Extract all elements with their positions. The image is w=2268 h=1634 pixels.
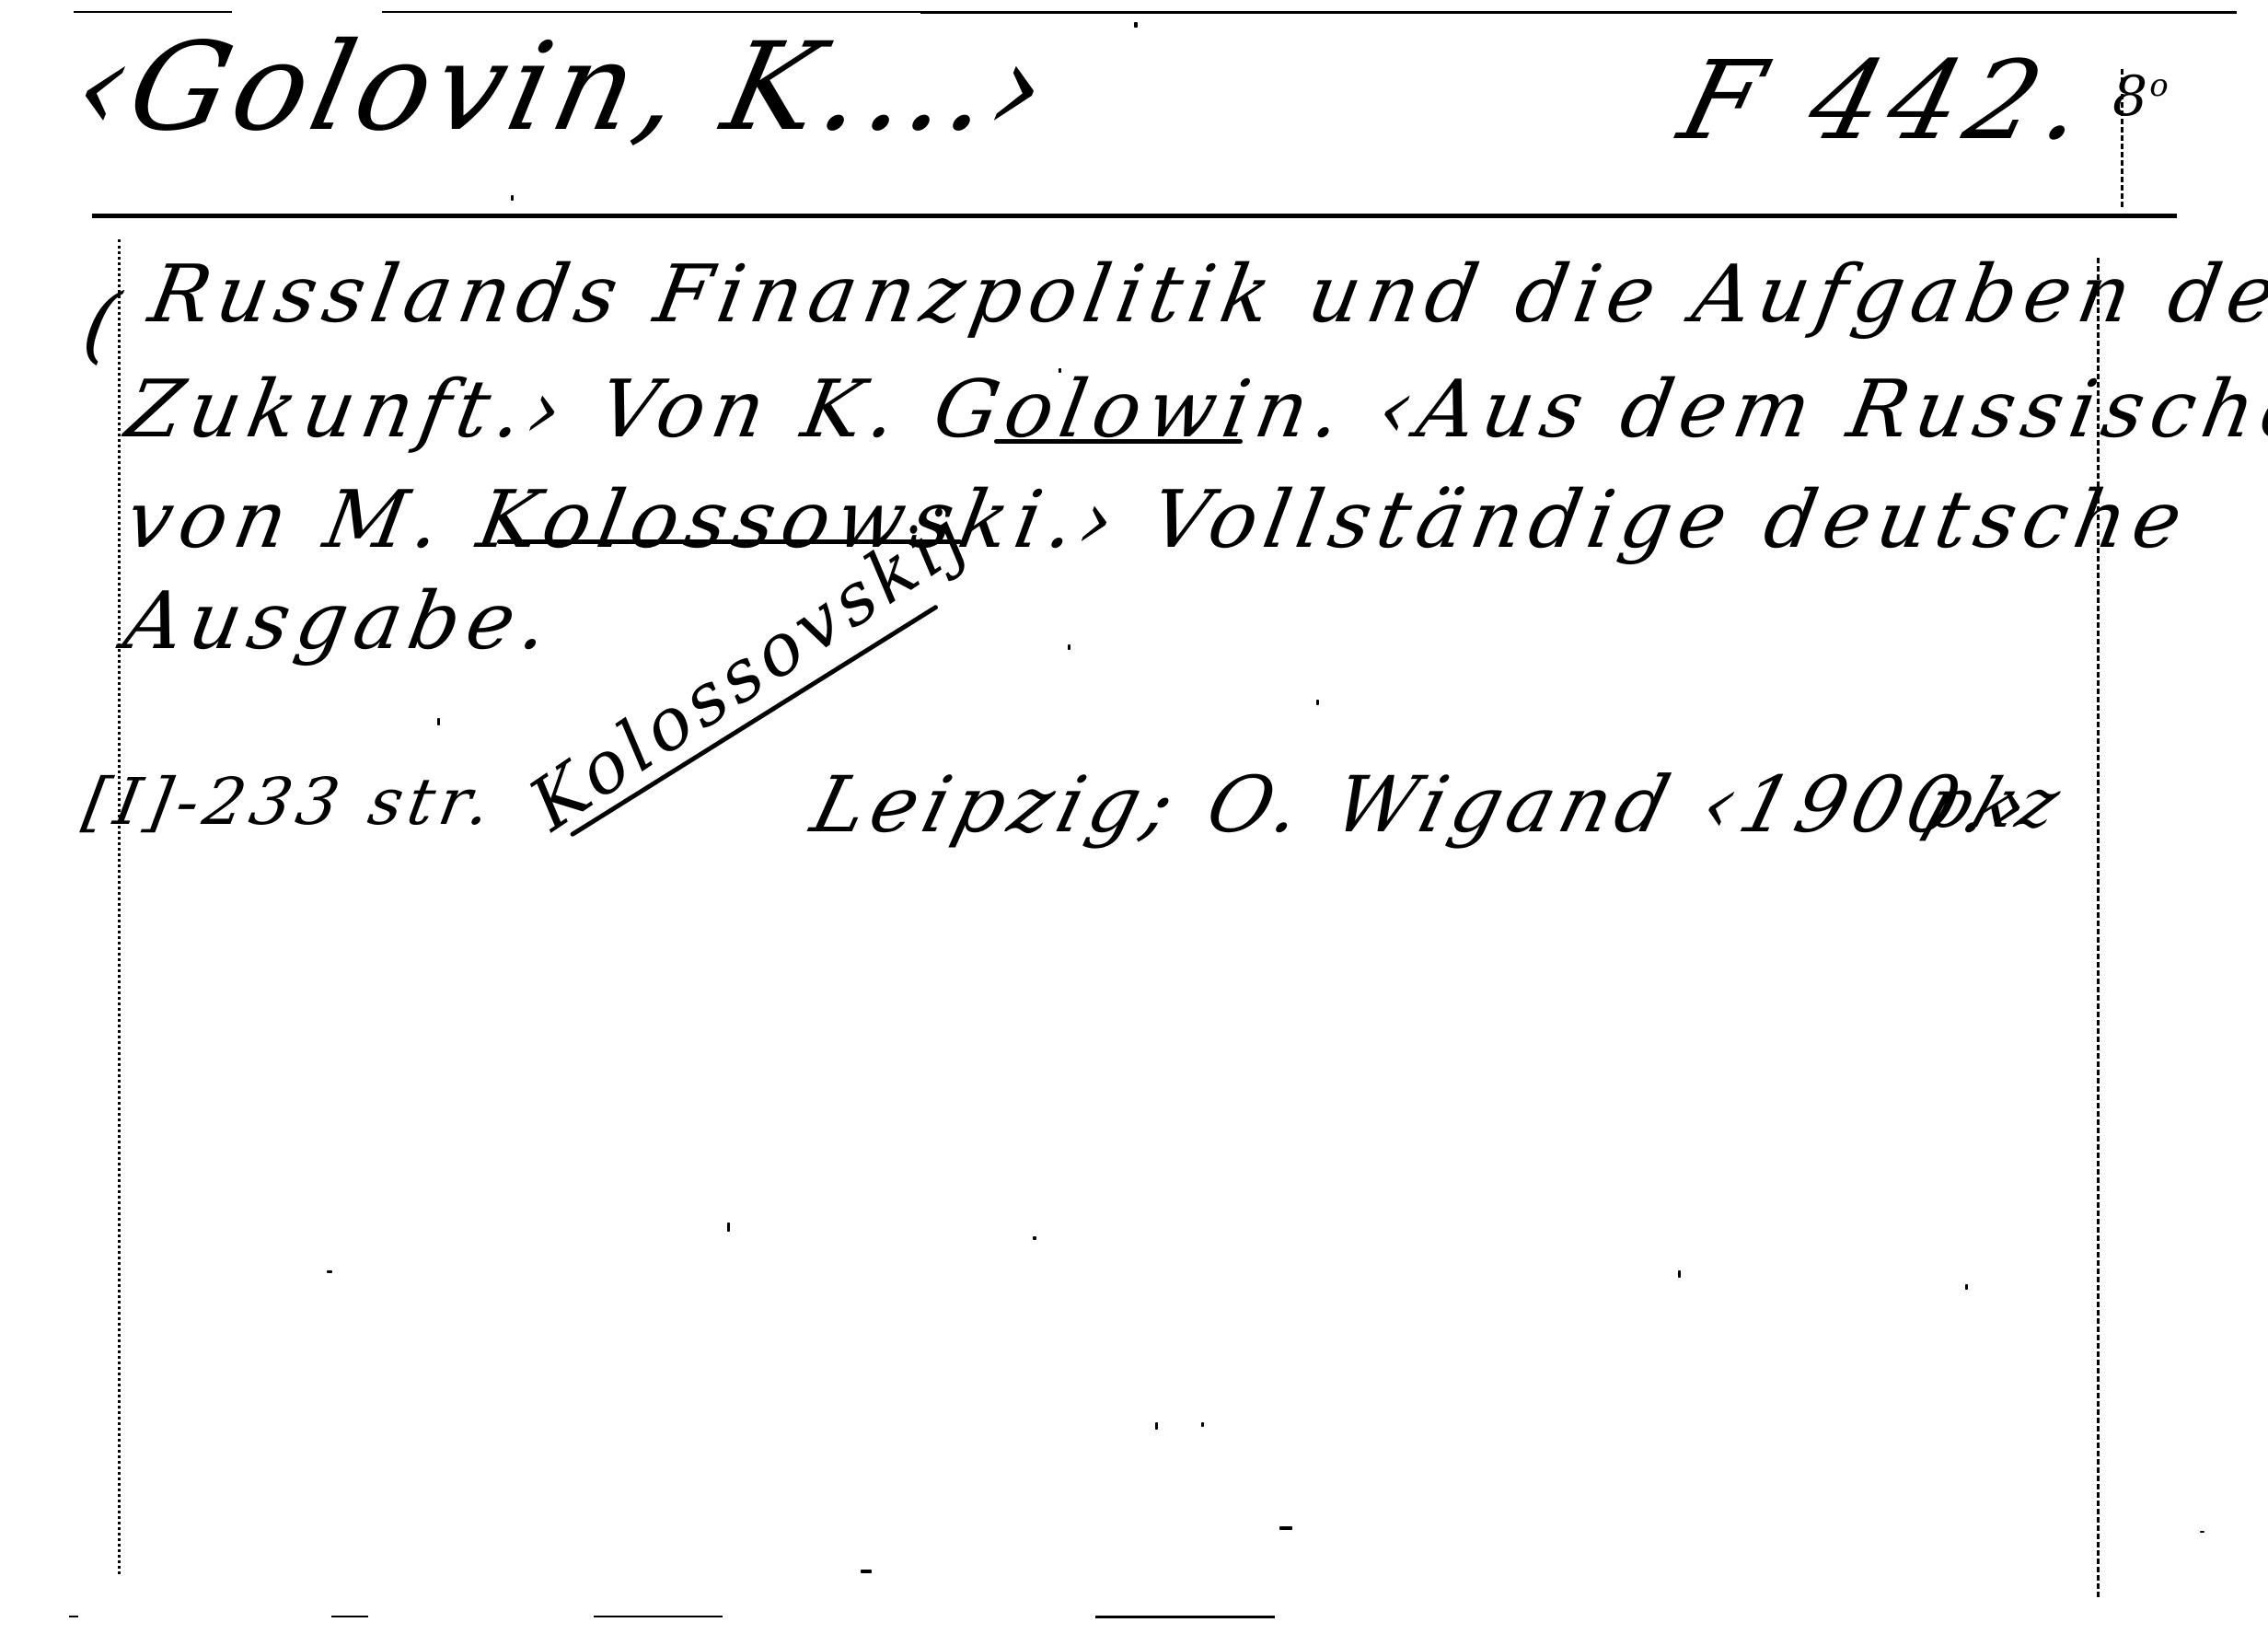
catalog-card: ‹Golovin, K.…› F 442. 8o ( Russlands Fin… [0, 0, 2268, 1634]
title-line-3: von M. Kolossowski.› Vollständige deutsc… [120, 474, 2196, 566]
scan-speck [1033, 1236, 1036, 1240]
bottom-edge-line [594, 1616, 723, 1617]
collation-pages: -233 str. [170, 764, 502, 840]
top-edge-line-left [74, 11, 232, 13]
bottom-edge-line [1095, 1616, 1275, 1618]
scan-speck [1068, 644, 1070, 650]
underline-golowin [994, 439, 1243, 444]
right-margin-line [2097, 258, 2100, 1597]
call-number: F 442. [1669, 37, 2108, 164]
collation: [I]-233 str. [78, 764, 502, 840]
header-rule [92, 214, 2177, 218]
scan-speck [1201, 1422, 1204, 1427]
heading-author-name: ‹Golovin, K.…› [64, 17, 1064, 158]
format-number: 8 [2112, 64, 2149, 129]
place-publisher-year: Leipzig; O. Wigand ‹1900.› [804, 759, 2044, 850]
cataloguer-initials: pkz [1915, 764, 2073, 843]
scan-speck [1155, 1422, 1158, 1430]
bottom-edge-line [69, 1616, 78, 1617]
scan-speck [437, 718, 440, 725]
left-margin-line [118, 239, 121, 1574]
scan-speck [1059, 368, 1061, 373]
scan-speck [327, 1270, 332, 1273]
scan-speck [727, 1223, 730, 1232]
title-line-1: Russlands Finanzpolitik und die Aufgaben… [143, 249, 2268, 341]
scan-speck [511, 195, 514, 201]
collation-prefix: [I] [78, 764, 184, 840]
scan-speck [1678, 1270, 1681, 1278]
scan-speck [861, 1570, 872, 1573]
scan-speck [1279, 1526, 1292, 1530]
format-mark: 8o [2112, 64, 2170, 129]
scan-speck [1316, 700, 1319, 705]
title-line-4: Ausgabe. [118, 575, 562, 667]
scan-speck [1965, 1284, 1968, 1290]
scan-speck [1134, 22, 1138, 28]
format-superscript: o [2149, 67, 2170, 104]
scan-speck [2200, 1531, 2204, 1533]
top-edge-line-right [920, 11, 2237, 14]
bottom-edge-line [331, 1616, 368, 1617]
